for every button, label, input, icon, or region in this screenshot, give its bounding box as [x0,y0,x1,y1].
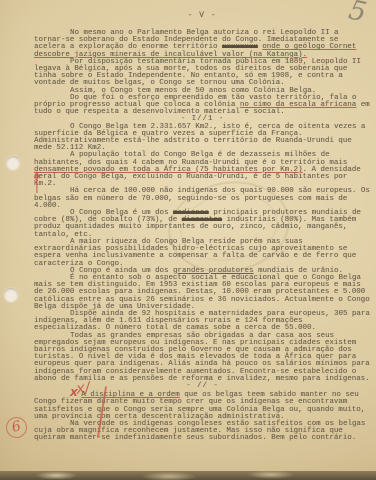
punch-hole-top [6,156,20,170]
text-segment: Na verdade os indígenas congoleses estão… [34,420,365,442]
text-segment: O Congo Belga tem 2.331.657 Km2., isto é… [34,123,365,153]
red-pencil-margin-arrow: ↑ [31,168,43,202]
text-segment: A população total do Congo Belga é de de… [34,151,347,166]
paragraph: Na verdade os indígenas congoleses estão… [34,421,371,443]
paragraph: Por disposição testamentária tornada púb… [34,59,371,88]
paragraph: A maior riqueza do Congo Belga reside po… [34,239,371,268]
punch-hole-bottom [4,288,18,302]
text-segment: Por disposição testamentária tornada púb… [34,58,361,88]
page-number-header: - V - [34,11,370,20]
paragraph: Todas as grandes empresas são obrigadas … [34,333,371,383]
text-segment: Dispõe ainda de 92 hospitais e maternida… [34,310,370,332]
red-pencil-x-mark: x/ [75,378,91,398]
paragraph: Dispõe ainda de 92 hospitais e maternida… [34,311,371,333]
paragraph: O Congo Belga tem 2.331.657 Km2., isto é… [34,124,371,153]
paragraph: O Congo Belga é um dos medianos principa… [34,210,371,239]
paragraph: É no entanto sob o aspecto social e educ… [34,275,371,311]
paragraph: Há cerca de 100.000 não indígenas dos qu… [34,188,371,210]
paragraph: No mesmo ano o Parlamento Belga autoriza… [34,30,371,59]
text-segment: Há cerca de 100.000 não indígenas dos qu… [34,187,370,209]
text-segment: Todas as grandes empresas são obrigadas … [34,332,370,383]
paragraph: A população total do Congo Belga é de de… [34,152,371,188]
paragraph: Do que foi o esforço empreendido em tão … [34,95,371,117]
text-segment: É no entanto sob o aspecto social e educ… [34,274,370,311]
text-segment: A maior riqueza do Congo Belga reside po… [34,238,356,268]
document-body: No mesmo ano o Parlamento Belga autoriza… [34,30,371,480]
